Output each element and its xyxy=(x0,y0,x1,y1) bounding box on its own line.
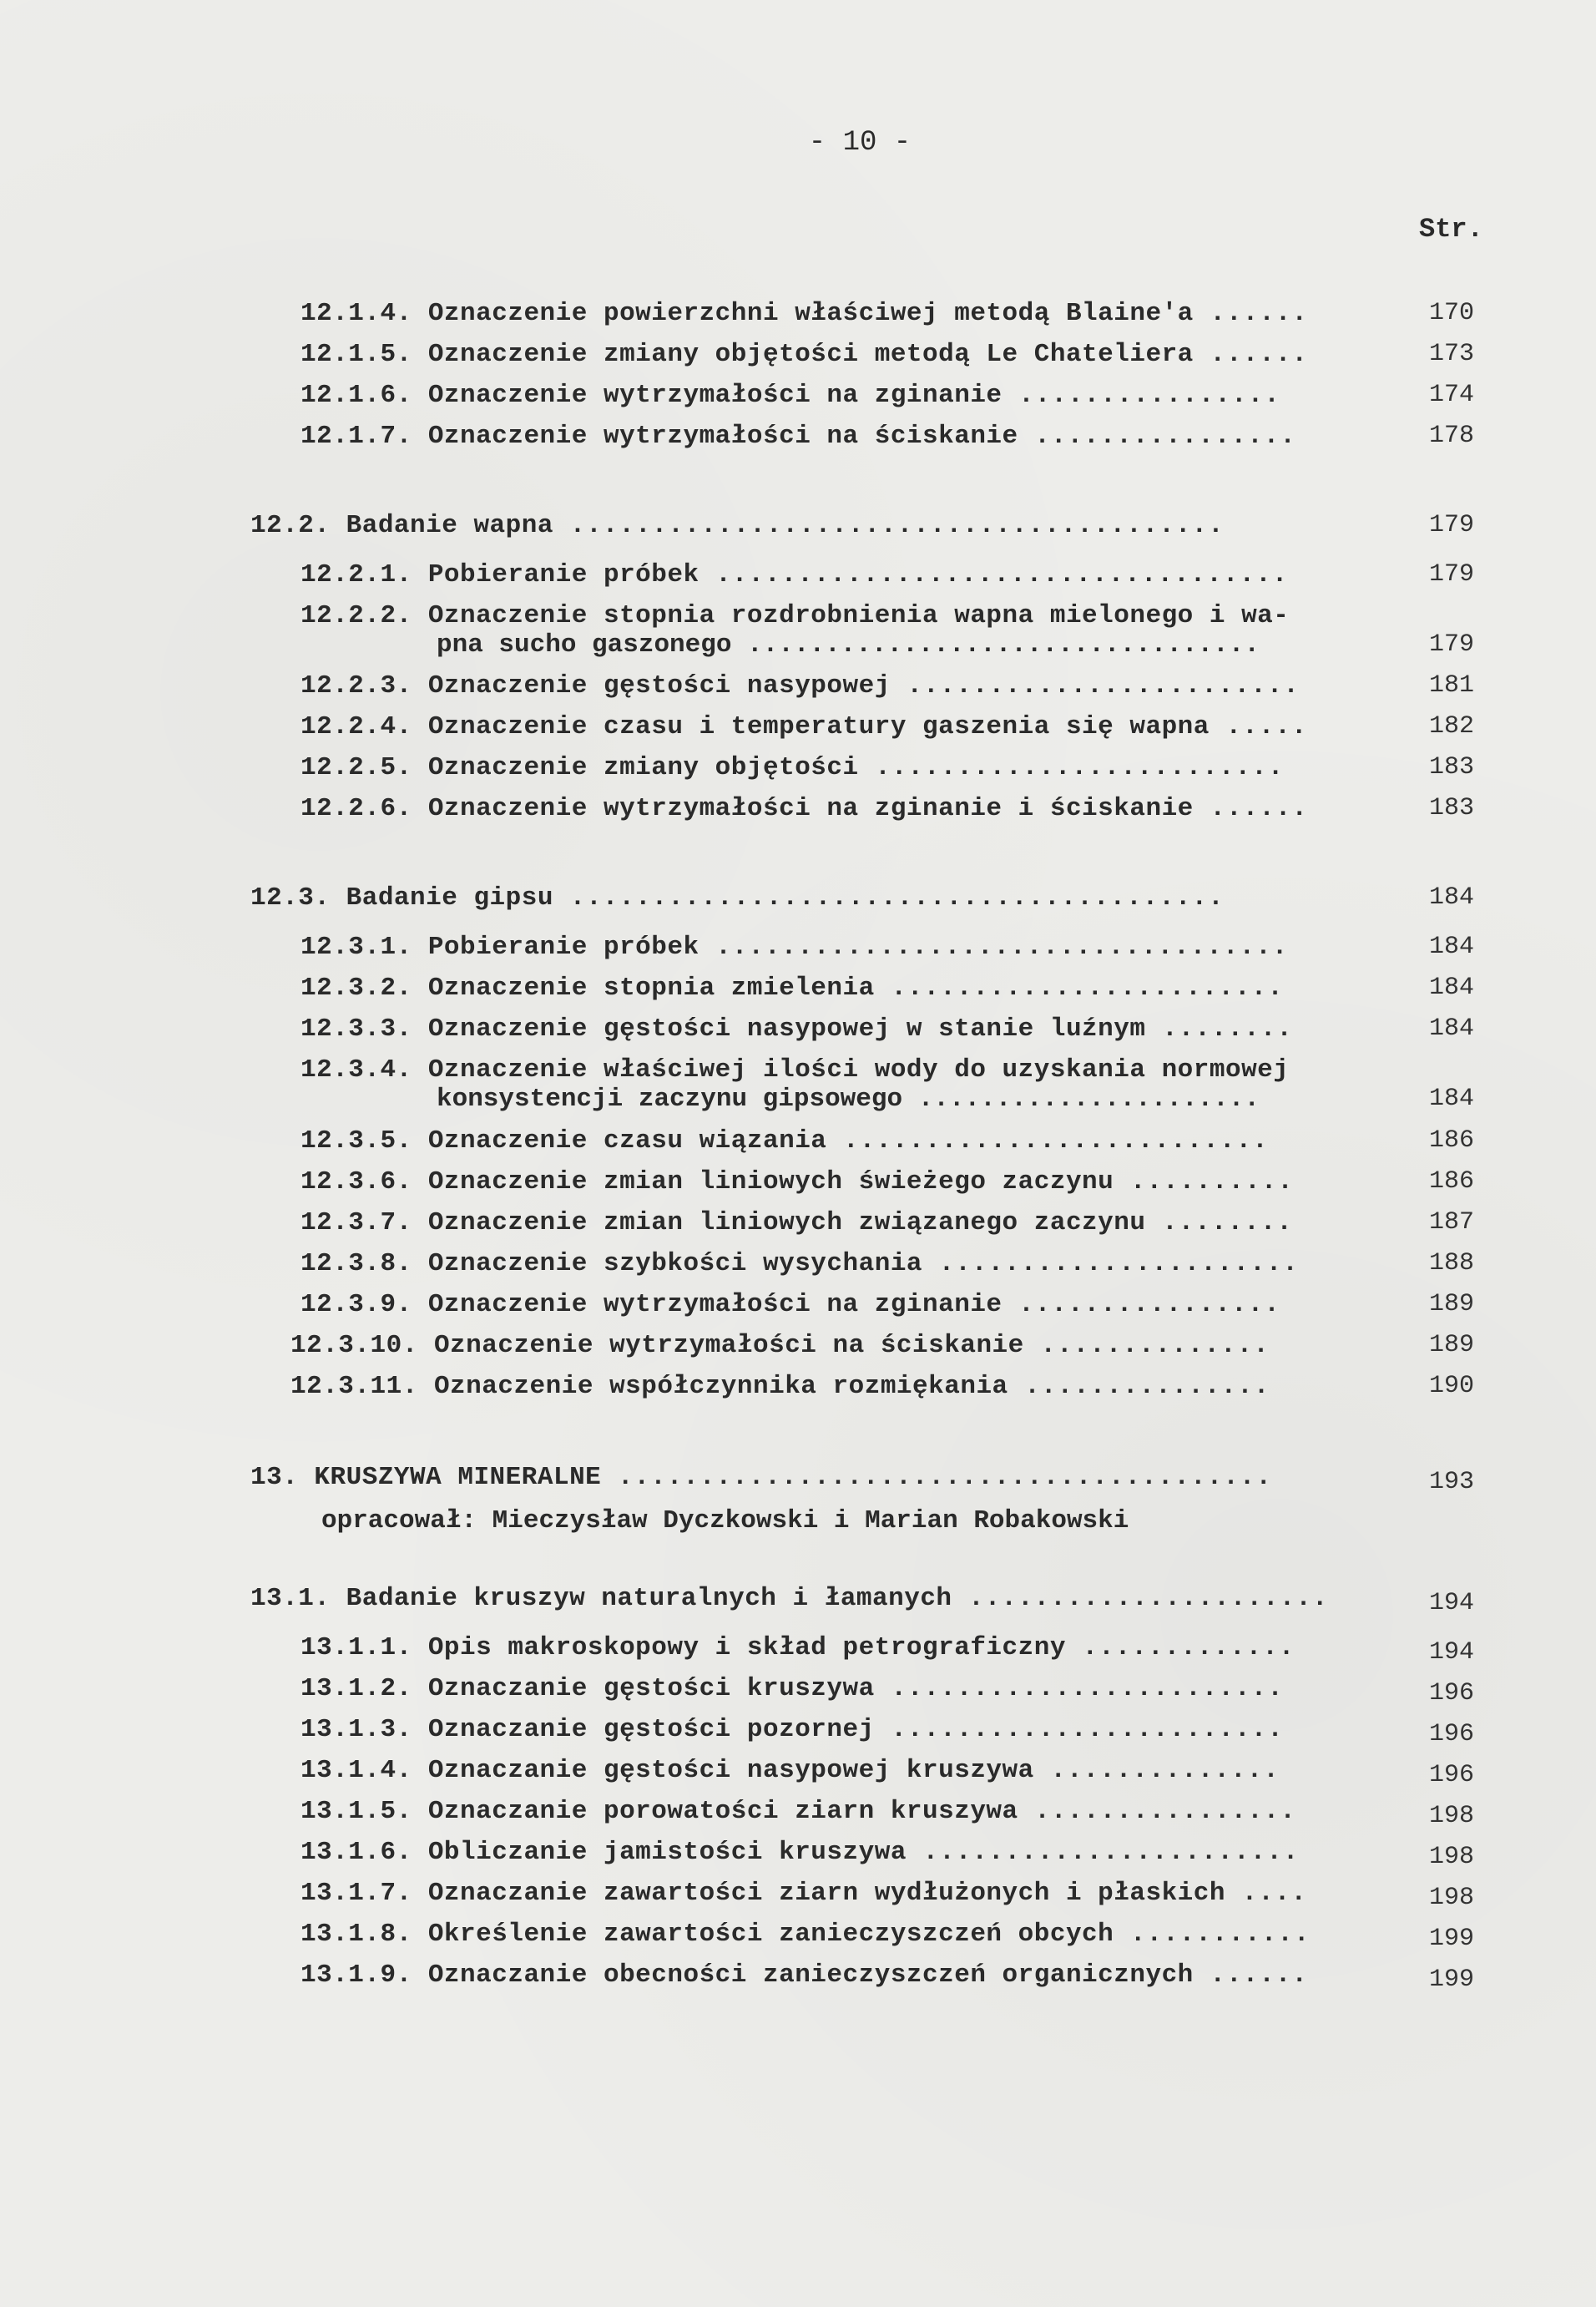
toc-entry-page: 183 xyxy=(1429,753,1474,782)
toc-entry[interactable]: 13.1.2. Oznaczanie gęstości kruszywa ...… xyxy=(301,1674,1284,1703)
toc-entry-page: 182 xyxy=(1429,712,1474,741)
toc-entry-title: Oznaczenie gęstości nasypowej w stanie l… xyxy=(428,1014,1146,1044)
toc-entry-page: 186 xyxy=(1429,1126,1474,1155)
page-number: - 10 - xyxy=(0,127,1596,159)
toc-entry-page: 193 xyxy=(1429,1468,1474,1496)
toc-entry-title: Oznaczanie obecności zanieczyszczeń orga… xyxy=(428,1960,1194,1990)
leader-dots: .......... xyxy=(1114,1167,1294,1197)
leader-dots: .......................... xyxy=(826,1126,1268,1156)
toc-entry-page: 194 xyxy=(1429,1638,1474,1667)
toc-entry-page: 196 xyxy=(1429,1720,1474,1748)
toc-entry-page: 184 xyxy=(1429,1014,1474,1043)
toc-entry[interactable]: 12.3.11. Oznaczenie współczynnika rozmię… xyxy=(290,1372,1270,1401)
leader-dots: ........................ xyxy=(875,974,1284,1003)
toc-entry[interactable]: 12.2.5. Oznaczenie zmiany objętości ....… xyxy=(301,753,1284,782)
toc-entry-number: 12.3. xyxy=(250,883,346,913)
toc-entry-number: 12.1.6. xyxy=(301,381,428,410)
leader-dots: ................ xyxy=(1018,1797,1296,1826)
page-column-label: Str. xyxy=(1419,214,1483,245)
toc-entry-title: Oznaczenie zmian liniowych świeżego zacz… xyxy=(428,1167,1114,1197)
toc-entry[interactable]: 13.1.6. Obliczanie jamistości kruszywa .… xyxy=(301,1838,1299,1867)
leader-dots: ........ xyxy=(1145,1208,1292,1237)
toc-entry-number: 12.2.3. xyxy=(301,671,428,701)
toc-entry-page: 188 xyxy=(1429,1249,1474,1277)
leader-dots: ........................................ xyxy=(553,511,1225,540)
toc-entry[interactable]: 12.2.2. Oznaczenie stopnia rozdrobnienia… xyxy=(301,601,1289,630)
toc-entry-number: 13.1.2. xyxy=(301,1674,428,1703)
toc-entry-number: 12.3.7. xyxy=(301,1208,428,1237)
toc-entry-title: Oznaczenie wytrzymałości na zginanie i ś… xyxy=(428,794,1194,823)
toc-entry[interactable]: 12.1.7. Oznaczenie wytrzymałości na ścis… xyxy=(301,422,1296,451)
toc-entry[interactable]: 12.2.1. Pobieranie próbek ..............… xyxy=(301,560,1288,589)
leader-dots: ...................... xyxy=(922,1249,1299,1278)
toc-entry-title: Oznaczenie stopnia rozdrobnienia wapna m… xyxy=(428,601,1290,630)
leader-dots: ...... xyxy=(1194,1960,1308,1990)
toc-entry-page: 199 xyxy=(1429,1966,1474,1994)
toc-entry-page: 179 xyxy=(1429,630,1474,659)
toc-entry-page: 184 xyxy=(1429,883,1474,912)
toc-entry[interactable]: 13.1.7. Oznaczanie zawartości ziarn wydł… xyxy=(301,1879,1307,1908)
toc-entry[interactable]: 12.3.9. Oznaczenie wytrzymałości na zgin… xyxy=(301,1290,1280,1319)
toc-entry[interactable]: 12.3.7. Oznaczenie zmian liniowych związ… xyxy=(301,1208,1293,1237)
toc-entry-title-continued: konsystencji zaczynu gipsowego .........… xyxy=(437,1085,1260,1114)
leader-dots: ............. xyxy=(1066,1633,1295,1662)
toc-entry-number: 12.1.4. xyxy=(301,299,428,328)
toc-entry-number: 13.1.4. xyxy=(301,1756,428,1785)
toc-entry-page: 187 xyxy=(1429,1208,1474,1237)
toc-entry-number: 13.1.5. xyxy=(301,1797,428,1826)
toc-entry-title: Oznaczenie szybkości wysychania xyxy=(428,1249,922,1278)
toc-entry-number: 13.1.6. xyxy=(301,1838,428,1867)
toc-entry-page: 179 xyxy=(1429,511,1474,539)
leader-dots: ........................ xyxy=(891,671,1300,701)
toc-entry-number: 12.3.3. xyxy=(301,1014,428,1044)
leader-dots: .... xyxy=(1225,1879,1307,1908)
leader-dots: ...... xyxy=(1194,340,1308,369)
toc-entry-title: Oznaczenie współczynnika rozmiękania xyxy=(434,1372,1008,1401)
leader-dots: .............. xyxy=(1034,1756,1280,1785)
toc-entry-title: Oznaczanie gęstości nasypowej kruszywa xyxy=(428,1756,1034,1785)
toc-entry-title: Badanie kruszyw naturalnych i łamanych xyxy=(346,1584,952,1613)
toc-entry[interactable]: 13. KRUSZYWA MINERALNE .................… xyxy=(250,1463,1272,1492)
leader-dots: ........ xyxy=(1145,1014,1292,1044)
toc-entry-number: 12.3.2. xyxy=(301,974,428,1003)
toc-entry[interactable]: 12.3.1. Pobieranie próbek ..............… xyxy=(301,933,1288,962)
leader-dots: ................................... xyxy=(700,560,1289,589)
toc-entry-title: Oznaczenie czasu i temperatury gaszenia … xyxy=(428,712,1210,741)
toc-entry-title: Oznaczenie wytrzymałości na zginanie xyxy=(428,1290,1003,1319)
toc-entry[interactable]: 12.1.4. Oznaczenie powierzchni właściwej… xyxy=(301,299,1308,328)
toc-entry-number: 12.1.5. xyxy=(301,340,428,369)
toc-entry-title: Oznaczenie wytrzymałości na ściskanie xyxy=(434,1331,1024,1360)
toc-entry-number: 13.1.8. xyxy=(301,1920,428,1949)
toc-entry[interactable]: 12.2.6. Oznaczenie wytrzymałości na zgin… xyxy=(301,794,1308,823)
leader-dots: ...... xyxy=(1194,299,1308,328)
leader-dots: ....................... xyxy=(907,1838,1299,1867)
toc-entry-number: 12.3.8. xyxy=(301,1249,428,1278)
leader-dots: ........................................ xyxy=(601,1463,1272,1492)
leader-dots: ..... xyxy=(1210,712,1308,741)
toc-entry-title: Oznaczanie gęstości pozornej xyxy=(428,1715,875,1744)
leader-dots: ........................ xyxy=(875,1715,1284,1744)
toc-entry-title: Oznaczanie zawartości ziarn wydłużonych … xyxy=(428,1879,1225,1908)
toc-entry-page: 181 xyxy=(1429,671,1474,700)
toc-entry-title: Pobieranie próbek xyxy=(428,933,700,962)
toc-entry-number: 12.3.4. xyxy=(301,1055,428,1085)
toc-entry-page: 184 xyxy=(1429,974,1474,1002)
toc-entry-page: 170 xyxy=(1429,299,1474,327)
toc-entry[interactable]: 13.1.5. Oznaczanie porowatości ziarn kru… xyxy=(301,1797,1296,1826)
toc-entry-page: 173 xyxy=(1429,340,1474,368)
toc-entry-title-continued: pna sucho gaszonego ....................… xyxy=(437,630,1260,660)
toc-entry-number: 12.2.5. xyxy=(301,753,428,782)
toc-entry-title: Opis makroskopowy i skład petrograficzny xyxy=(428,1633,1066,1662)
toc-entry-page: 184 xyxy=(1429,1085,1474,1113)
toc-entry[interactable]: 12.2. Badanie wapna ....................… xyxy=(250,511,1225,540)
toc-entry-page: 183 xyxy=(1429,794,1474,822)
toc-entry-title: KRUSZYWA MINERALNE xyxy=(314,1463,601,1492)
toc-entry-page: 194 xyxy=(1429,1589,1474,1617)
toc-entry-title: Określenie zawartości zanieczyszczeń obc… xyxy=(428,1920,1114,1949)
toc-entry[interactable]: 12.3.6. Oznaczenie zmian liniowych śwież… xyxy=(301,1167,1294,1197)
leader-dots: ...................... xyxy=(952,1584,1329,1613)
toc-entry[interactable]: 12.3.8. Oznaczenie szybkości wysychania … xyxy=(301,1249,1299,1278)
toc-entry-title: Badanie gipsu xyxy=(346,883,553,913)
leader-dots: ................ xyxy=(1018,422,1296,451)
toc-entry-page: 179 xyxy=(1429,560,1474,589)
toc-entry-page: 199 xyxy=(1429,1925,1474,1953)
toc-entry-page: 189 xyxy=(1429,1290,1474,1318)
toc-entry[interactable]: 13.1.3. Oznaczanie gęstości pozornej ...… xyxy=(301,1715,1284,1744)
leader-dots: ...... xyxy=(1194,794,1308,823)
toc-entry-page: 186 xyxy=(1429,1167,1474,1196)
chapter-authors: opracował: Mieczysław Dyczkowski i Maria… xyxy=(321,1506,1129,1535)
toc-entry[interactable]: 12.3.3. Oznaczenie gęstości nasypowej w … xyxy=(301,1014,1293,1044)
toc-entry-title: Oznaczenie zmiany objętości metodą Le Ch… xyxy=(428,340,1194,369)
toc-entry-page: 189 xyxy=(1429,1331,1474,1359)
leader-dots: ................ xyxy=(1003,381,1280,410)
toc-entry-page: 198 xyxy=(1429,1843,1474,1871)
toc-entry-title: Oznaczenie zmiany objętości xyxy=(428,753,859,782)
toc-entry-number: 12.2.4. xyxy=(301,712,428,741)
toc-entry-page: 198 xyxy=(1429,1802,1474,1830)
toc-entry[interactable]: 12.2.3. Oznaczenie gęstości nasypowej ..… xyxy=(301,671,1300,701)
toc-entry-title: Oznaczenie właściwej ilości wody do uzys… xyxy=(428,1055,1290,1085)
toc-entry-number: 12.2. xyxy=(250,511,346,540)
toc-entry-number: 12.2.1. xyxy=(301,560,428,589)
toc-entry-title: Oznaczanie gęstości kruszywa xyxy=(428,1674,875,1703)
toc-entry-title: Oznaczenie zmian liniowych związanego za… xyxy=(428,1208,1146,1237)
toc-entry[interactable]: 12.3.5. Oznaczenie czasu wiązania ......… xyxy=(301,1126,1269,1156)
toc-entry-title: Oznaczenie gęstości nasypowej xyxy=(428,671,891,701)
leader-dots: ......................... xyxy=(859,753,1285,782)
toc-entry[interactable]: 12.3.4. Oznaczenie właściwej ilości wody… xyxy=(301,1055,1289,1085)
toc-entry-title: Oznaczenie wytrzymałości na ściskanie xyxy=(428,422,1018,451)
toc-entry-number: 13. xyxy=(250,1463,314,1492)
toc-entry[interactable]: 12.1.5. Oznaczenie zmiany objętości meto… xyxy=(301,340,1308,369)
toc-entry[interactable]: 13.1.9. Oznaczanie obecności zanieczyszc… xyxy=(301,1960,1308,1990)
leader-dots: ........................................ xyxy=(553,883,1225,913)
toc-entry-number: 12.2.2. xyxy=(301,601,428,630)
toc-entry[interactable]: 12.2.4. Oznaczenie czasu i temperatury g… xyxy=(301,712,1308,741)
toc-entry-number: 13.1.3. xyxy=(301,1715,428,1744)
leader-dots: ................................... xyxy=(700,933,1289,962)
toc-entry-number: 13.1. xyxy=(250,1584,346,1613)
toc-entry-number: 12.2.6. xyxy=(301,794,428,823)
toc-entry-title: Obliczanie jamistości kruszywa xyxy=(428,1838,907,1867)
toc-entry-number: 12.1.7. xyxy=(301,422,428,451)
toc-entry-number: 13.1.9. xyxy=(301,1960,428,1990)
leader-dots: ................ xyxy=(1003,1290,1280,1319)
toc-entry-title: Pobieranie próbek xyxy=(428,560,700,589)
toc-entry-page: 190 xyxy=(1429,1372,1474,1400)
leader-dots: .............. xyxy=(1024,1331,1270,1360)
toc-entry-title: Oznaczenie powierzchni właściwej metodą … xyxy=(428,299,1194,328)
toc-entry[interactable]: 13.1.1. Opis makroskopowy i skład petrog… xyxy=(301,1633,1295,1662)
toc-entry-number: 13.1.7. xyxy=(301,1879,428,1908)
toc-entry[interactable]: 13.1.4. Oznaczanie gęstości nasypowej kr… xyxy=(301,1756,1280,1785)
toc-entry[interactable]: 13.1. Badanie kruszyw naturalnych i łama… xyxy=(250,1584,1328,1613)
toc-entry[interactable]: 12.1.6. Oznaczenie wytrzymałości na zgin… xyxy=(301,381,1280,410)
toc-entry-page: 196 xyxy=(1429,1679,1474,1707)
toc-entry-number: 12.3.11. xyxy=(290,1372,434,1401)
toc-entry-page: 184 xyxy=(1429,933,1474,961)
toc-entry-number: 12.3.9. xyxy=(301,1290,428,1319)
toc-entry-title: Badanie wapna xyxy=(346,511,553,540)
leader-dots: ........... xyxy=(1114,1920,1310,1949)
toc-entry-number: 12.3.6. xyxy=(301,1167,428,1197)
toc-entry[interactable]: 13.1.8. Określenie zawartości zanieczysz… xyxy=(301,1920,1311,1949)
toc-entry-title: Oznaczenie czasu wiązania xyxy=(428,1126,827,1156)
toc-entry[interactable]: 12.3.10. Oznaczenie wytrzymałości na ści… xyxy=(290,1331,1270,1360)
toc-entry-page: 174 xyxy=(1429,381,1474,409)
toc-entry[interactable]: 12.3.2. Oznaczenie stopnia zmielenia ...… xyxy=(301,974,1284,1003)
toc-entry-number: 13.1.1. xyxy=(301,1633,428,1662)
toc-entry-page: 198 xyxy=(1429,1884,1474,1912)
toc-entry-number: 12.3.5. xyxy=(301,1126,428,1156)
toc-entry-title: Oznaczanie porowatości ziarn kruszywa xyxy=(428,1797,1018,1826)
toc-entry-title: Oznaczenie stopnia zmielenia xyxy=(428,974,875,1003)
toc-entry[interactable]: 12.3. Badanie gipsu ....................… xyxy=(250,883,1225,913)
leader-dots: ........................ xyxy=(875,1674,1284,1703)
toc-entry-page: 178 xyxy=(1429,422,1474,450)
toc-entry-page: 196 xyxy=(1429,1761,1474,1789)
toc-entry-title: Oznaczenie wytrzymałości na zginanie xyxy=(428,381,1003,410)
leader-dots: ............... xyxy=(1008,1372,1270,1401)
toc-entry-number: 12.3.1. xyxy=(301,933,428,962)
toc-entry-number: 12.3.10. xyxy=(290,1331,434,1360)
